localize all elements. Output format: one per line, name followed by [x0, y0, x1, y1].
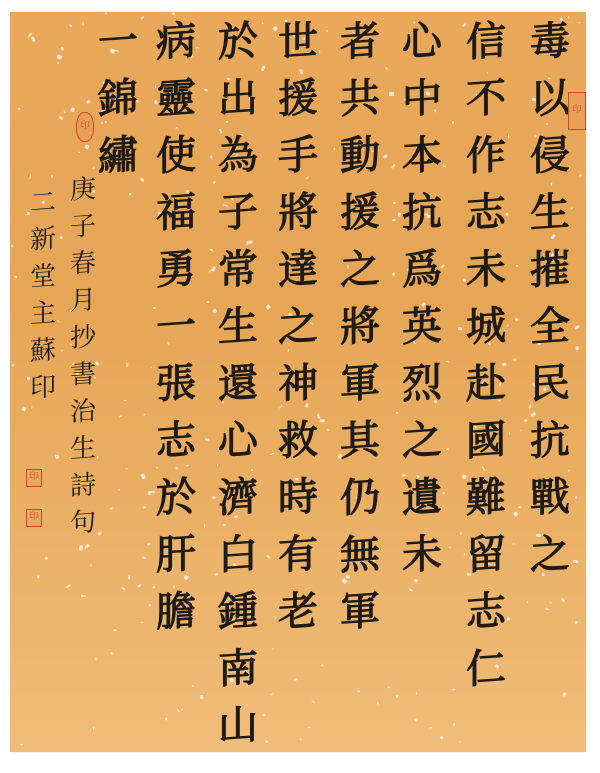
paper-fleck — [205, 438, 209, 441]
paper-fleck — [506, 325, 509, 328]
paper-fleck — [118, 488, 120, 490]
paper-fleck — [104, 11, 106, 15]
paper-fleck — [263, 715, 265, 717]
calligraphy-character: 志 — [156, 420, 196, 480]
paper-fleck — [294, 678, 298, 681]
paper-fleck — [90, 564, 92, 566]
paper-fleck — [414, 718, 417, 722]
paper-fleck — [562, 692, 567, 697]
calligraphy-character: 中 — [402, 78, 442, 138]
calligraphy-character: 老 — [278, 591, 318, 651]
paper-fleck — [511, 328, 513, 330]
calligraphy-character: 英 — [402, 306, 442, 366]
paper-fleck — [526, 600, 528, 603]
paper-fleck — [126, 468, 128, 470]
calligraphy-character: 山 — [218, 705, 258, 765]
calligraphy-character: 爲 — [402, 249, 442, 309]
calligraphy-character: 生 — [530, 192, 570, 252]
calligraphy-character: 軍 — [340, 591, 380, 651]
calligraphy-character: 出 — [218, 78, 258, 138]
paper-fleck — [270, 694, 273, 697]
text-column-2: 信不作志未城赴國難留志仁 — [466, 22, 506, 706]
inscription-column-2: 二新堂主蘇印 — [30, 190, 56, 412]
paper-fleck — [300, 738, 302, 741]
paper-fleck — [545, 607, 549, 610]
paper-fleck — [180, 708, 183, 712]
paper-fleck — [119, 415, 122, 418]
paper-fleck — [140, 178, 144, 182]
paper-fleck — [385, 67, 388, 70]
paper-fleck — [561, 597, 565, 602]
calligraphy-character: 時 — [278, 477, 318, 537]
calligraphy-character: 於 — [156, 477, 196, 537]
paper-fleck — [458, 327, 463, 331]
paper-fleck — [54, 454, 59, 459]
paper-fleck — [204, 89, 208, 91]
calligraphy-character: 心 — [402, 21, 442, 81]
calligraphy-character: 援 — [340, 192, 380, 252]
paper-fleck — [171, 12, 175, 16]
calligraphy-character: 世 — [278, 21, 318, 81]
calligraphy-character: 錦 — [98, 78, 138, 138]
paper-fleck — [514, 317, 518, 321]
calligraphy-character: 膽 — [156, 591, 196, 651]
paper-fleck — [122, 587, 126, 590]
paper-fleck — [143, 506, 146, 508]
calligraphy-character: 常 — [218, 249, 258, 309]
paper-fleck — [11, 364, 15, 368]
paper-fleck — [311, 700, 315, 703]
seal-inscription-2: 印 — [26, 509, 42, 527]
paper-fleck — [109, 651, 113, 655]
calligraphy-character: 南 — [218, 648, 258, 708]
calligraphy-character: 一 — [98, 21, 138, 81]
paper-fleck — [61, 47, 65, 51]
paper-fleck — [60, 236, 63, 239]
paper-fleck — [512, 543, 514, 544]
paper-fleck — [388, 687, 390, 689]
calligraphy-character: 子 — [70, 213, 96, 252]
paper-fleck — [26, 377, 29, 380]
seal-inscription-1: 印 — [26, 469, 42, 487]
paper-fleck — [95, 658, 97, 661]
paper-fleck — [575, 621, 579, 625]
calligraphy-character: 仍 — [340, 477, 380, 537]
paper-fleck — [270, 452, 275, 455]
paper-fleck — [209, 156, 212, 159]
paper-fleck — [128, 576, 131, 580]
calligraphy-character: 生 — [70, 435, 96, 474]
calligraphy-character: 於 — [218, 21, 258, 81]
seal-top-right: 印 — [568, 92, 586, 130]
calligraphy-character: 生 — [218, 306, 258, 366]
calligraphy-character: 心 — [218, 420, 258, 480]
paper-fleck — [451, 723, 455, 727]
paper-fleck — [200, 695, 203, 699]
calligraphy-paper: 毒以侵生摧全民抗戰之 信不作志未城赴國難留志仁 心中本抗爲英烈之遺未 者共動援之… — [10, 12, 586, 752]
calligraphy-character: 之 — [340, 249, 380, 309]
paper-fleck — [415, 692, 417, 695]
calligraphy-character: 赴 — [466, 363, 506, 423]
paper-fleck — [125, 363, 128, 368]
calligraphy-character: 者 — [340, 21, 380, 81]
calligraphy-character: 句 — [70, 509, 96, 548]
paper-fleck — [192, 685, 194, 687]
paper-fleck — [149, 604, 151, 606]
paper-fleck — [395, 411, 397, 413]
calligraphy-character: 援 — [278, 78, 318, 138]
paper-fleck — [266, 555, 270, 559]
paper-fleck — [37, 575, 39, 578]
paper-fleck — [204, 524, 206, 528]
paper-fleck — [446, 361, 449, 363]
paper-fleck — [451, 688, 455, 691]
paper-fleck — [63, 110, 65, 113]
calligraphy-character: 共 — [340, 78, 380, 138]
paper-fleck — [392, 219, 396, 221]
paper-fleck — [142, 556, 146, 559]
paper-fleck — [549, 601, 552, 604]
paper-fleck — [308, 726, 311, 728]
calligraphy-character: 詩 — [70, 472, 96, 511]
paper-fleck — [93, 727, 95, 731]
paper-fleck — [570, 207, 573, 210]
calligraphy-character: 動 — [340, 135, 380, 195]
paper-fleck — [262, 22, 264, 24]
paper-fleck — [142, 413, 145, 416]
calligraphy-character: 書 — [70, 361, 96, 400]
paper-fleck — [141, 16, 145, 20]
calligraphy-character: 繡 — [98, 135, 138, 195]
paper-fleck — [86, 99, 92, 104]
calligraphy-character: 鍾 — [218, 591, 258, 651]
paper-fleck — [266, 739, 269, 742]
paper-fleck — [261, 66, 266, 72]
calligraphy-character: 不 — [466, 78, 506, 138]
paper-fleck — [396, 695, 398, 698]
paper-fleck — [21, 406, 26, 411]
paper-fleck — [449, 547, 451, 549]
calligraphy-character: 仁 — [466, 648, 506, 708]
paper-fleck — [517, 506, 520, 509]
paper-fleck — [32, 37, 36, 43]
calligraphy-character: 全 — [530, 306, 570, 366]
paper-fleck — [196, 47, 200, 48]
calligraphy-character: 抄 — [70, 324, 96, 363]
paper-fleck — [327, 429, 329, 432]
calligraphy-character: 之 — [402, 420, 442, 480]
calligraphy-character: 有 — [278, 534, 318, 594]
calligraphy-character: 軍 — [340, 363, 380, 423]
paper-fleck — [383, 18, 385, 20]
calligraphy-character: 將 — [278, 192, 318, 252]
paper-fleck — [124, 400, 126, 401]
calligraphy-character: 靈 — [156, 78, 196, 138]
calligraphy-character: 遺 — [402, 477, 442, 537]
paper-fleck — [440, 735, 444, 739]
calligraphy-character: 城 — [466, 306, 506, 366]
calligraphy-character: 志 — [466, 192, 506, 252]
calligraphy-character: 將 — [340, 306, 380, 366]
calligraphy-character: 抗 — [402, 192, 442, 252]
calligraphy-character: 一 — [156, 306, 196, 366]
calligraphy-character: 白 — [218, 534, 258, 594]
paper-fleck — [383, 154, 388, 158]
paper-fleck — [443, 166, 446, 169]
paper-fleck — [320, 419, 325, 423]
paper-fleck — [61, 349, 63, 351]
paper-fleck — [165, 717, 167, 720]
paper-fleck — [71, 108, 75, 113]
paper-fleck — [579, 173, 582, 176]
paper-fleck — [57, 54, 63, 60]
paper-fleck — [114, 629, 117, 631]
paper-fleck — [573, 560, 578, 563]
inscription-column-1: 庚子春月抄書治生詩句 — [70, 177, 96, 547]
paper-fleck — [397, 212, 401, 217]
paper-fleck — [460, 532, 463, 535]
calligraphy-character: 福 — [156, 192, 196, 252]
paper-fleck — [85, 144, 90, 149]
calligraphy-character: 毒 — [530, 21, 570, 81]
calligraphy-character: 無 — [340, 534, 380, 594]
calligraphy-character: 春 — [70, 250, 96, 289]
paper-fleck — [274, 616, 277, 620]
calligraphy-character: 子 — [218, 192, 258, 252]
calligraphy-character: 抗 — [530, 420, 570, 480]
paper-fleck — [442, 492, 444, 494]
calligraphy-character: 信 — [466, 21, 506, 81]
paper-fleck — [334, 148, 336, 150]
calligraphy-character: 濟 — [218, 477, 258, 537]
calligraphy-character: 其 — [340, 420, 380, 480]
paper-fleck — [98, 531, 103, 535]
paper-fleck — [523, 419, 527, 423]
paper-fleck — [51, 175, 53, 178]
paper-fleck — [151, 367, 153, 369]
calligraphy-character: 還 — [218, 363, 258, 423]
paper-fleck — [82, 22, 83, 26]
paper-fleck — [508, 135, 509, 139]
paper-fleck — [66, 584, 71, 588]
text-column-1: 毒以侵生摧全民抗戰之 — [530, 22, 570, 592]
paper-fleck — [575, 325, 581, 330]
calligraphy-character: 未 — [402, 534, 442, 594]
calligraphy-character: 印 — [30, 374, 56, 413]
calligraphy-character: 烈 — [402, 363, 442, 423]
paper-fleck — [210, 248, 214, 251]
text-column-8: 一錦繡 — [98, 22, 138, 193]
paper-fleck — [18, 107, 21, 110]
paper-fleck — [97, 455, 98, 458]
paper-fleck — [389, 92, 394, 96]
paper-fleck — [391, 272, 395, 276]
paper-fleck — [141, 473, 146, 479]
paper-fleck — [520, 430, 522, 431]
paper-fleck — [141, 622, 143, 623]
calligraphy-character: 之 — [530, 534, 570, 594]
calligraphy-character: 神 — [278, 363, 318, 423]
paper-fleck — [11, 244, 13, 248]
calligraphy-character: 堂 — [30, 263, 56, 302]
paper-fleck — [447, 448, 449, 450]
paper-fleck — [29, 174, 31, 179]
calligraphy-character: 作 — [466, 135, 506, 195]
paper-fleck — [509, 431, 511, 434]
paper-fleck — [319, 50, 321, 53]
paper-fleck — [212, 181, 215, 185]
paper-fleck — [463, 553, 465, 556]
paper-fleck — [151, 491, 155, 493]
paper-fleck — [393, 201, 396, 203]
calligraphy-character: 救 — [278, 420, 318, 480]
calligraphy-character: 本 — [402, 135, 442, 195]
paper-fleck — [206, 301, 209, 303]
paper-fleck — [513, 511, 518, 516]
calligraphy-character: 使 — [156, 135, 196, 195]
text-column-4: 者共動援之將軍其仍無軍 — [340, 22, 380, 649]
paper-fleck — [44, 557, 47, 560]
calligraphy-character: 病 — [156, 21, 196, 81]
paper-fleck — [265, 304, 271, 310]
calligraphy-character: 主 — [30, 300, 56, 339]
paper-fleck — [574, 496, 577, 499]
calligraphy-character: 新 — [30, 226, 56, 265]
calligraphy-character: 二 — [30, 189, 56, 228]
paper-fleck — [77, 151, 80, 153]
paper-fleck — [506, 213, 509, 216]
calligraphy-character: 月 — [70, 287, 96, 326]
text-column-7: 病靈使福勇一張志於肝膽 — [156, 22, 196, 649]
text-column-3: 心中本抗爲英烈之遺未 — [402, 22, 442, 592]
calligraphy-character: 治 — [70, 398, 96, 437]
paper-fleck — [579, 23, 581, 24]
paper-fleck — [458, 741, 461, 743]
calligraphy-character: 以 — [530, 78, 570, 138]
calligraphy-character: 庚 — [70, 176, 96, 215]
calligraphy-character: 之 — [278, 306, 318, 366]
paper-fleck — [138, 584, 142, 588]
paper-fleck — [69, 24, 72, 28]
calligraphy-character: 達 — [278, 249, 318, 309]
calligraphy-character: 留 — [466, 534, 506, 594]
paper-fleck — [59, 116, 63, 120]
paper-fleck — [81, 595, 86, 597]
paper-fleck — [93, 166, 96, 169]
paper-fleck — [147, 542, 151, 546]
paper-fleck — [513, 358, 516, 361]
paper-fleck — [14, 276, 18, 279]
calligraphy-character: 國 — [466, 420, 506, 480]
calligraphy-character: 手 — [278, 135, 318, 195]
paper-fleck — [272, 649, 275, 651]
calligraphy-character: 未 — [466, 249, 506, 309]
calligraphy-character: 為 — [218, 135, 258, 195]
calligraphy-character: 難 — [466, 477, 506, 537]
paper-fleck — [376, 702, 379, 705]
paper-fleck — [452, 121, 454, 125]
paper-fleck — [207, 693, 209, 695]
calligraphy-character: 摧 — [530, 249, 570, 309]
paper-fleck — [20, 744, 24, 745]
text-column-6: 於出為子常生還心濟白鍾南山 — [218, 22, 258, 763]
calligraphy-character: 戰 — [530, 477, 570, 537]
paper-fleck — [507, 617, 511, 620]
calligraphy-character: 蘇 — [30, 337, 56, 376]
paper-fleck — [109, 507, 113, 511]
seal-gourd: 印 — [76, 112, 94, 142]
paper-fleck — [357, 690, 360, 693]
calligraphy-character: 勇 — [156, 249, 196, 309]
paper-fleck — [516, 265, 518, 267]
paper-fleck — [212, 308, 217, 313]
paper-fleck — [391, 163, 396, 168]
paper-fleck — [177, 709, 180, 713]
paper-fleck — [575, 346, 578, 351]
paper-fleck — [429, 726, 432, 728]
calligraphy-character: 侵 — [530, 135, 570, 195]
paper-fleck — [326, 29, 329, 32]
calligraphy-character: 肝 — [156, 534, 196, 594]
paper-fleck — [321, 664, 324, 667]
calligraphy-character: 民 — [530, 363, 570, 423]
calligraphy-character: 張 — [156, 363, 196, 423]
calligraphy-character: 志 — [466, 591, 506, 651]
paper-fleck — [212, 495, 216, 499]
paper-fleck — [57, 62, 59, 64]
text-column-5: 世援手將達之神救時有老 — [278, 22, 318, 649]
paper-fleck — [58, 320, 60, 323]
